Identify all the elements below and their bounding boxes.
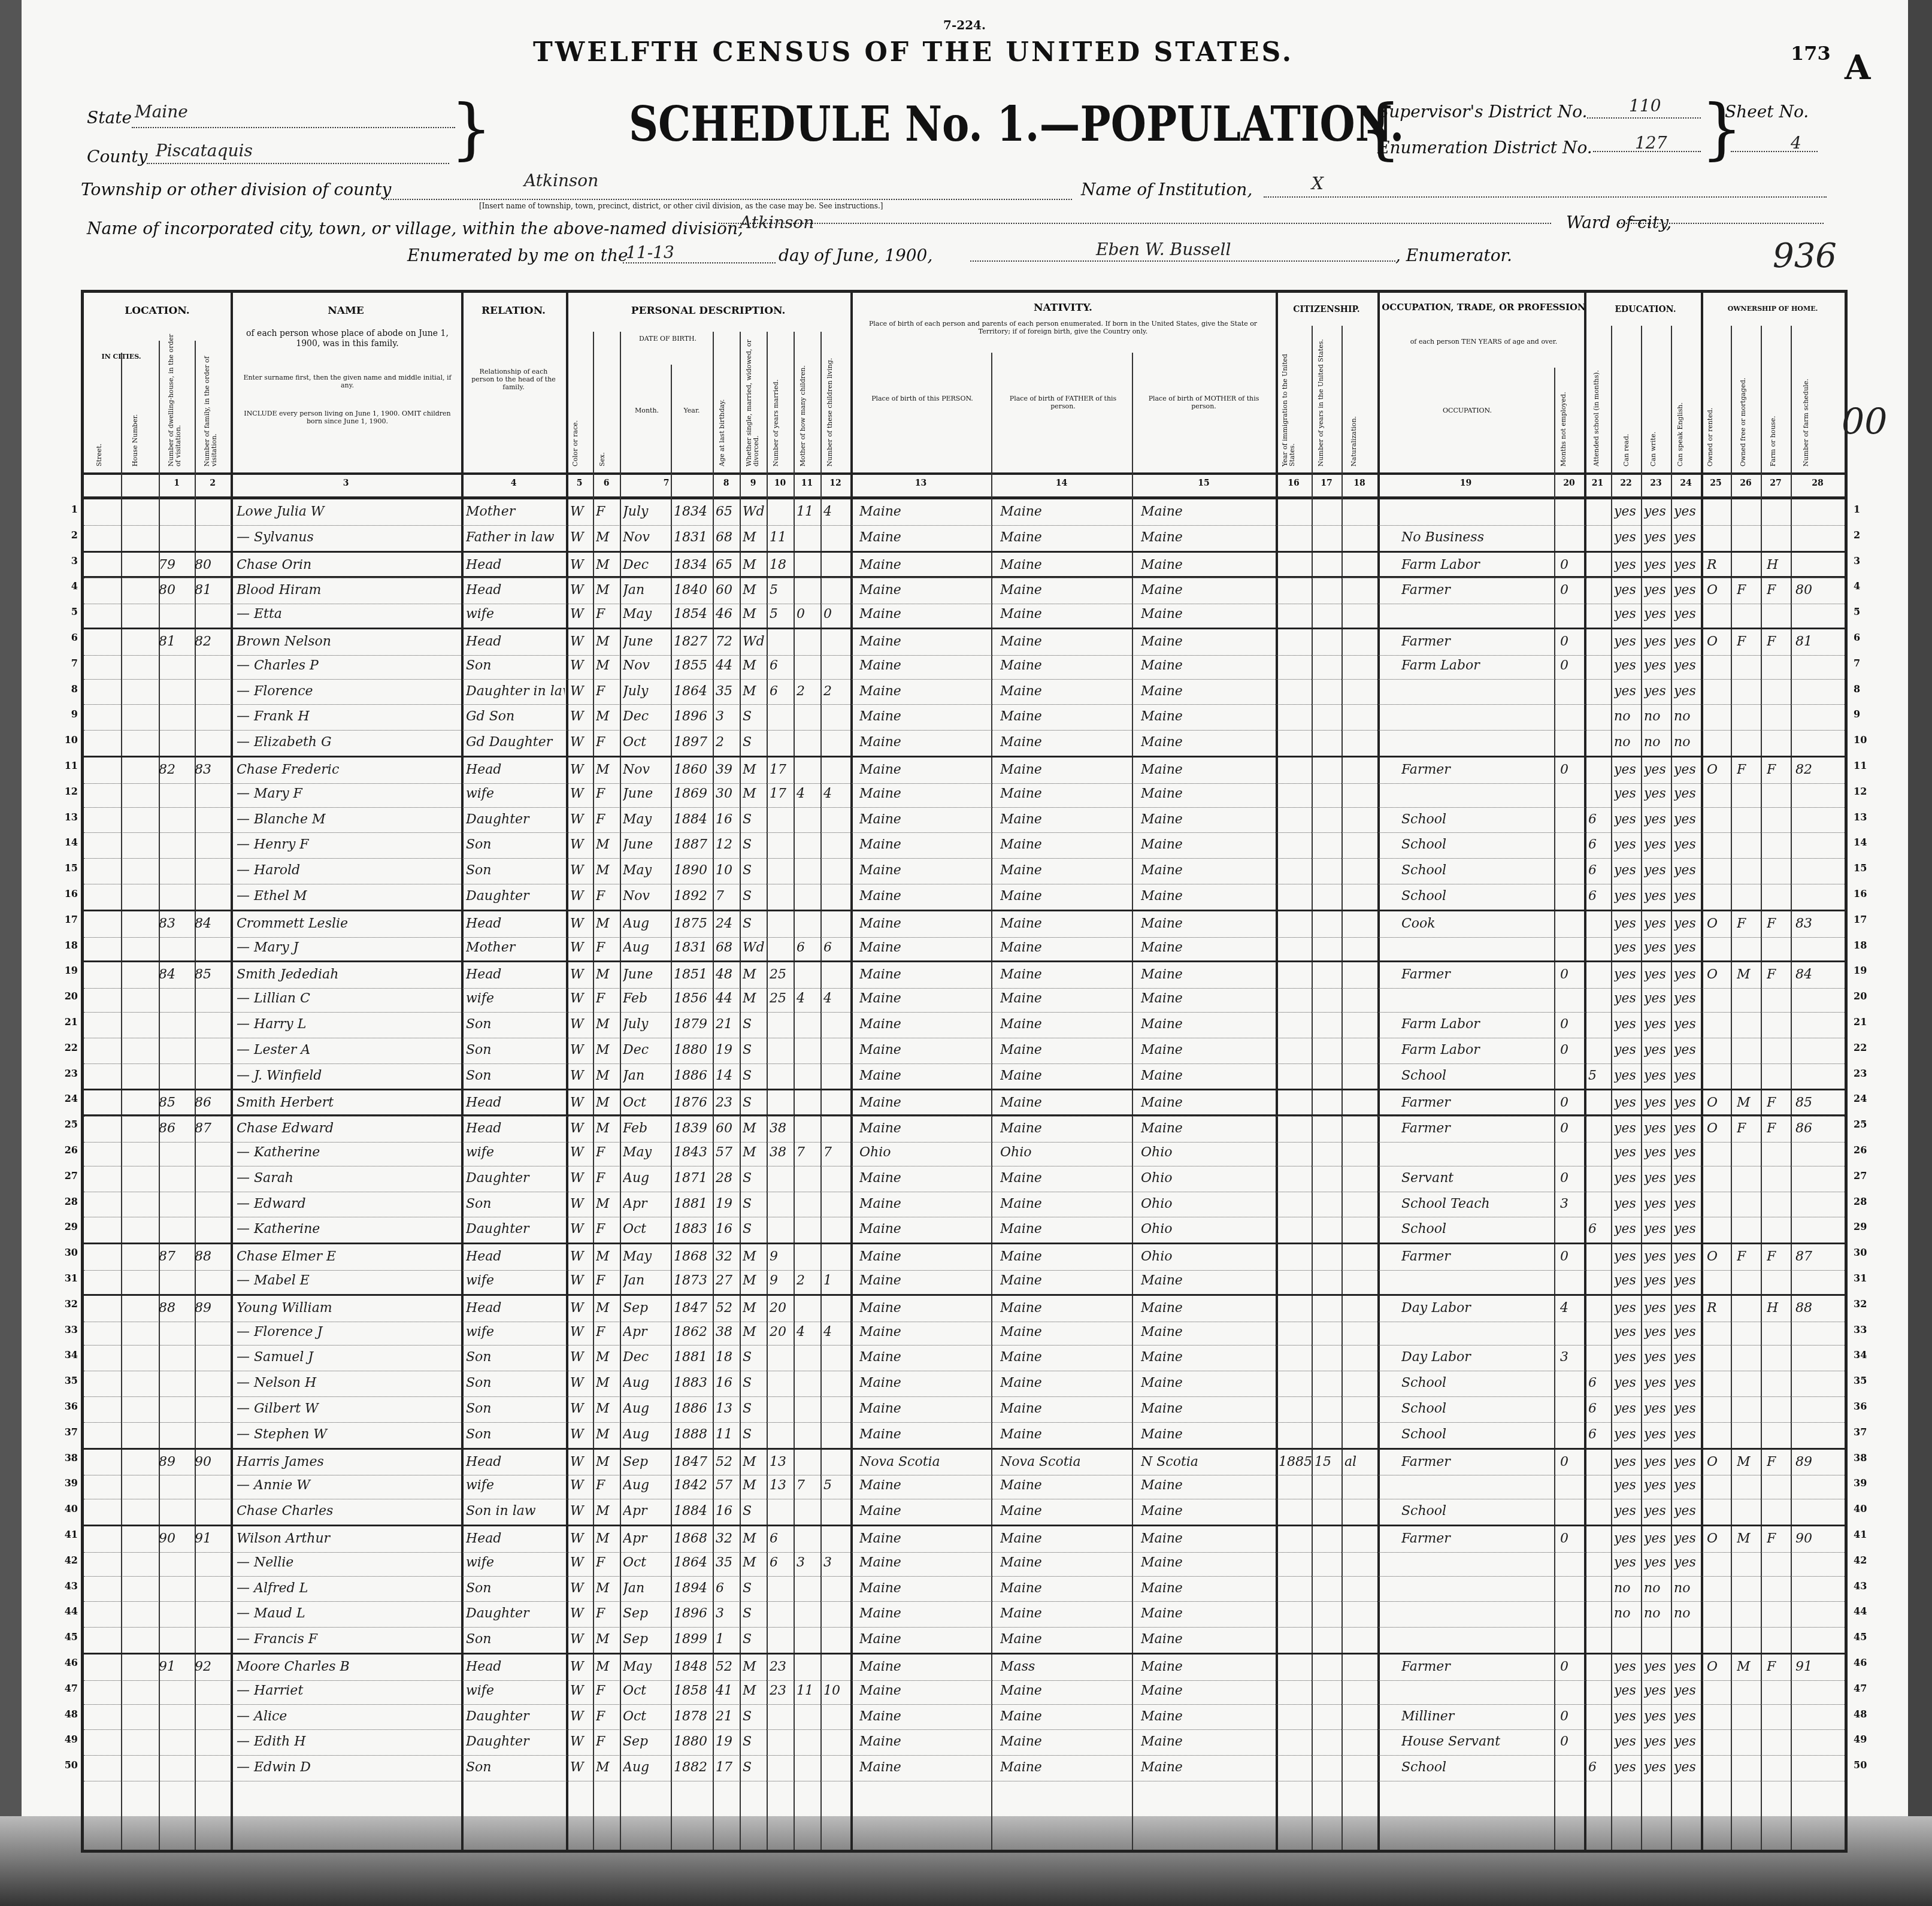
table-row: 8889Young WilliamHeadWMSep184752M20Maine…: [84, 1294, 1845, 1322]
mother-of-children-cell: 3: [797, 1555, 820, 1570]
occupation-cell: Farmer: [1401, 1249, 1551, 1264]
form-number: 7-224.: [943, 18, 986, 32]
birthplace-mother-cell: Maine: [1141, 1017, 1273, 1032]
birth-year-cell: 1868: [674, 1531, 712, 1546]
speak-english-cell: yes: [1674, 1455, 1701, 1469]
marital-status-cell: M: [743, 1659, 767, 1674]
birth-mother-header: Place of birth of MOTHER of this person.: [1138, 395, 1270, 410]
col-num: 1: [159, 478, 195, 488]
farm-schedule-number-cell: 88: [1795, 1301, 1843, 1316]
can-read-cell: yes: [1614, 658, 1641, 673]
sex-cell: F: [596, 735, 620, 750]
birth-year-cell: 1899: [674, 1632, 712, 1647]
table-row: 8081Blood HiramHeadWMJan184060M5MaineMai…: [84, 576, 1845, 604]
birthplace-mother-cell: Maine: [1141, 786, 1273, 801]
can-read-cell: yes: [1614, 1095, 1641, 1110]
age-cell: 35: [716, 1555, 740, 1570]
birth-year-cell: 1894: [674, 1581, 712, 1596]
row-number-left: 2: [60, 529, 78, 541]
attended-school-cell: 6: [1588, 1222, 1611, 1237]
vh-street: Street.: [96, 395, 103, 466]
birth-month-cell: Jan: [623, 583, 670, 598]
age-cell: 39: [716, 762, 740, 777]
months-unemployed-cell: 0: [1560, 1659, 1584, 1674]
birthplace-person-cell: Maine: [859, 684, 988, 699]
person-name-cell: — Florence: [237, 684, 461, 699]
birthplace-father-cell: Maine: [1000, 1325, 1129, 1340]
occupation-cell: Farmer: [1401, 1095, 1551, 1110]
table-row: 8788Chase Elmer EHeadWMMay186832M9MaineM…: [84, 1243, 1845, 1271]
row-number-right: 29: [1854, 1221, 1867, 1232]
can-write-cell: yes: [1644, 1068, 1671, 1083]
age-cell: 18: [716, 1350, 740, 1365]
row-number-left: 14: [60, 837, 78, 848]
person-name-cell: — Henry F: [237, 837, 461, 852]
vh-dwelling-number: Number of dwelling-house, in the order o…: [168, 329, 182, 466]
group-personal-description: PERSONAL DESCRIPTION.: [566, 305, 850, 317]
marital-status-cell: M: [743, 684, 767, 699]
table-row: — AliceDaughterWFOct187821SMaineMaineMai…: [84, 1704, 1845, 1731]
marital-status-cell: S: [743, 1760, 767, 1775]
can-write-cell: yes: [1644, 786, 1671, 801]
dwelling-number-cell: 81: [159, 634, 195, 649]
sex-cell: M: [596, 1760, 620, 1775]
birth-year-cell: 1896: [674, 709, 712, 724]
sex-cell: M: [596, 916, 620, 931]
birth-month-cell: Apr: [623, 1325, 670, 1340]
farm-house-cell: F: [1767, 1455, 1791, 1469]
can-read-cell: yes: [1614, 1249, 1641, 1264]
birth-year-cell: 1886: [674, 1401, 712, 1416]
sex-cell: M: [596, 1017, 620, 1032]
birth-year-cell: 1881: [674, 1350, 712, 1365]
attended-school-cell: 6: [1588, 1375, 1611, 1390]
can-read-cell: yes: [1614, 1709, 1641, 1724]
birthplace-person-cell: Maine: [859, 762, 988, 777]
person-name-cell: — Charles P: [237, 658, 461, 673]
sex-cell: M: [596, 530, 620, 545]
marital-status-cell: M: [743, 1145, 767, 1160]
birthplace-mother-cell: Maine: [1141, 658, 1273, 673]
birth-month-cell: June: [623, 634, 670, 649]
family-number-cell: 84: [195, 916, 231, 931]
relation-cell: Son: [466, 658, 565, 673]
person-name-cell: — Edward: [237, 1196, 461, 1211]
birthplace-father-cell: Maine: [1000, 1043, 1129, 1057]
can-write-cell: yes: [1644, 634, 1671, 649]
brace-left: }: [450, 96, 492, 162]
table-row: — HarrietwifeWFOct185841M231110MaineMain…: [84, 1678, 1845, 1705]
row-number-right: 36: [1854, 1401, 1867, 1412]
row-number-left: 28: [60, 1196, 78, 1207]
birthplace-person-cell: Maine: [859, 658, 988, 673]
person-name-cell: — Sylvanus: [237, 530, 461, 545]
row-number-left: 26: [60, 1144, 78, 1156]
sex-cell: M: [596, 709, 620, 724]
sex-cell: M: [596, 1095, 620, 1110]
occupation-cell: School: [1401, 1760, 1551, 1775]
farm-schedule-number-cell: 91: [1795, 1659, 1843, 1674]
color-race-cell: W: [570, 1068, 592, 1083]
years-married-cell: 6: [770, 1555, 794, 1570]
years-married-cell: 13: [770, 1478, 794, 1493]
can-write-cell: yes: [1644, 1683, 1671, 1698]
person-name-cell: — Harriet: [237, 1683, 461, 1698]
birthplace-person-cell: Maine: [859, 1043, 988, 1057]
person-name-cell: — Sarah: [237, 1171, 461, 1186]
col-num: 19: [1377, 478, 1554, 488]
vh-family-number: Number of family, in the order of visita…: [204, 329, 218, 466]
age-cell: 30: [716, 786, 740, 801]
can-write-cell: yes: [1644, 684, 1671, 699]
marital-status-cell: M: [743, 1683, 767, 1698]
row-number-left: 17: [60, 914, 78, 925]
group-occupation: OCCUPATION, TRADE, OR PROFESSION: [1377, 302, 1590, 313]
table-row: Lowe Julia WMotherWFJuly183465Wd114Maine…: [84, 499, 1845, 526]
speak-english-cell: yes: [1674, 1427, 1701, 1442]
age-cell: 3: [716, 1606, 740, 1621]
can-read-cell: yes: [1614, 1375, 1641, 1390]
occupation-cell: Farmer: [1401, 634, 1551, 649]
can-read-cell: yes: [1614, 1427, 1641, 1442]
can-read-cell: yes: [1614, 940, 1641, 955]
sex-cell: M: [596, 557, 620, 572]
age-cell: 17: [716, 1760, 740, 1775]
scan-edge-right: [1908, 0, 1932, 1906]
birthplace-person-cell: Maine: [859, 709, 988, 724]
can-write-cell: yes: [1644, 1249, 1671, 1264]
person-name-cell: — Gilbert W: [237, 1401, 461, 1416]
sex-cell: M: [596, 1301, 620, 1316]
can-read-cell: yes: [1614, 837, 1641, 852]
birth-year-cell: 1880: [674, 1043, 712, 1057]
can-write-cell: yes: [1644, 812, 1671, 827]
occupation-cell: Farmer: [1401, 1121, 1551, 1136]
table-row: 8182Brown NelsonHeadWMJune182772WdMaineM…: [84, 628, 1845, 656]
vh-owned-free: Owned free or mortgaged.: [1740, 329, 1747, 466]
person-name-cell: — Mary J: [237, 940, 461, 955]
color-race-cell: W: [570, 530, 592, 545]
birth-month-cell: May: [623, 1249, 670, 1264]
enumerator-line: [970, 260, 1395, 262]
can-read-cell: yes: [1614, 1350, 1641, 1365]
birthplace-father-cell: Maine: [1000, 1632, 1129, 1647]
relation-cell: Son: [466, 1017, 565, 1032]
occupation-cell: Farmer: [1401, 762, 1551, 777]
sex-cell: F: [596, 684, 620, 699]
color-race-cell: W: [570, 1222, 592, 1237]
birthplace-mother-cell: Maine: [1141, 916, 1273, 931]
birthplace-person-cell: Maine: [859, 1375, 988, 1390]
birthplace-mother-cell: Maine: [1141, 634, 1273, 649]
farm-schedule-number-cell: 87: [1795, 1249, 1843, 1264]
birth-year-cell: 1892: [674, 889, 712, 904]
sex-cell: F: [596, 1709, 620, 1724]
row-number-left: 48: [60, 1708, 78, 1720]
birthplace-person-cell: Maine: [859, 863, 988, 878]
birthplace-mother-cell: Maine: [1141, 504, 1273, 519]
birthplace-person-cell: Maine: [859, 1531, 988, 1546]
row-number-left: 29: [60, 1221, 78, 1232]
table-row: — Maud LDaughterWFSep18963SMaineMaineMai…: [84, 1601, 1845, 1628]
birthplace-person-cell: Maine: [859, 1760, 988, 1775]
color-race-cell: W: [570, 735, 592, 750]
person-name-cell: Chase Frederic: [237, 762, 461, 777]
dwelling-number-cell: 86: [159, 1121, 195, 1136]
birth-year-cell: 1868: [674, 1249, 712, 1264]
months-unemployed-cell: 0: [1560, 634, 1584, 649]
months-unemployed-cell: 0: [1560, 1043, 1584, 1057]
birthplace-mother-cell: Maine: [1141, 837, 1273, 852]
years-married-cell: 25: [770, 991, 794, 1006]
row-number-right: 1: [1854, 504, 1860, 515]
row-number-right: 38: [1854, 1452, 1867, 1463]
birthplace-mother-cell: Maine: [1141, 1401, 1273, 1416]
birthplace-person-cell: Maine: [859, 1196, 988, 1211]
relation-cell: Daughter: [466, 1606, 565, 1621]
age-cell: 60: [716, 583, 740, 598]
can-write-cell: yes: [1644, 530, 1671, 545]
age-cell: 13: [716, 1401, 740, 1416]
date-of-birth-header: DATE OF BIRTH.: [623, 335, 713, 343]
col-num: 16: [1276, 478, 1312, 488]
person-name-cell: Brown Nelson: [237, 634, 461, 649]
relation-cell: Son: [466, 1043, 565, 1057]
can-write-cell: yes: [1644, 967, 1671, 982]
institution-label: Name of Institution,: [1081, 180, 1252, 199]
color-race-cell: W: [570, 1659, 592, 1674]
row-number-right: 21: [1854, 1016, 1867, 1028]
birthplace-mother-cell: Maine: [1141, 812, 1273, 827]
stamp-number: 936: [1773, 237, 1837, 275]
age-cell: 57: [716, 1478, 740, 1493]
birthplace-father-cell: Maine: [1000, 1531, 1129, 1546]
birthplace-person-cell: Maine: [859, 1249, 988, 1264]
children-living-cell: 5: [823, 1478, 850, 1493]
birthplace-father-cell: Maine: [1000, 1375, 1129, 1390]
vh-can-read: Can read.: [1623, 377, 1630, 466]
speak-english-cell: no: [1674, 709, 1701, 724]
group-name: NAME: [231, 305, 461, 317]
row-number-right: 43: [1854, 1580, 1867, 1592]
row-number-left: 20: [60, 990, 78, 1002]
can-write-cell: yes: [1644, 504, 1671, 519]
schedule-title: SCHEDULE No. 1.—POPULATION.: [629, 96, 1404, 152]
can-write-cell: no: [1644, 1581, 1671, 1596]
birth-month-cell: Aug: [623, 940, 670, 955]
age-cell: 1: [716, 1632, 740, 1647]
birthplace-person-cell: Maine: [859, 504, 988, 519]
birth-month-cell: Aug: [623, 1427, 670, 1442]
person-name-cell: — Lester A: [237, 1043, 461, 1057]
speak-english-cell: yes: [1674, 762, 1701, 777]
birth-month-cell: May: [623, 812, 670, 827]
age-cell: 68: [716, 530, 740, 545]
attended-school-cell: 6: [1588, 1401, 1611, 1416]
can-read-cell: no: [1614, 709, 1641, 724]
color-race-cell: W: [570, 607, 592, 622]
dwelling-number-cell: 85: [159, 1095, 195, 1110]
owned-free-cell: F: [1737, 634, 1761, 649]
owned-rented-cell: O: [1707, 634, 1731, 649]
can-write-cell: yes: [1644, 940, 1671, 955]
row-number-left: 8: [60, 683, 78, 695]
birthplace-person-cell: Maine: [859, 1095, 988, 1110]
occupation-cell: Farm Labor: [1401, 1043, 1551, 1057]
birth-month-cell: Dec: [623, 1350, 670, 1365]
row-number-right: 20: [1854, 990, 1867, 1002]
sex-cell: M: [596, 1504, 620, 1519]
birth-year-cell: 1875: [674, 916, 712, 931]
birthplace-father-cell: Maine: [1000, 1760, 1129, 1775]
institution-value: X: [1312, 174, 1324, 193]
speak-english-cell: yes: [1674, 530, 1701, 545]
speak-english-cell: yes: [1674, 863, 1701, 878]
row-number-left: 50: [60, 1759, 78, 1771]
person-name-cell: — Frank H: [237, 709, 461, 724]
sex-cell: M: [596, 634, 620, 649]
table-row: Chase CharlesSon in lawWMApr188416SMaine…: [84, 1499, 1845, 1525]
can-read-cell: yes: [1614, 1659, 1641, 1674]
vh-house-number: House Number.: [132, 383, 139, 466]
vh-years-in-us: Number of years in the United States.: [1318, 329, 1325, 466]
years-married-cell: 17: [770, 762, 794, 777]
person-name-cell: — Florence J: [237, 1325, 461, 1340]
relation-cell: Gd Son: [466, 709, 565, 724]
birthplace-person-cell: Ohio: [859, 1145, 988, 1160]
speak-english-cell: yes: [1674, 684, 1701, 699]
person-name-cell: — Edith H: [237, 1734, 461, 1749]
row-number-right: 14: [1854, 837, 1867, 848]
enumerator-label: , Enumerator.: [1395, 246, 1512, 265]
can-write-cell: yes: [1644, 916, 1671, 931]
person-name-cell: Chase Orin: [237, 557, 461, 572]
birthplace-person-cell: Maine: [859, 735, 988, 750]
sex-cell: F: [596, 889, 620, 904]
age-cell: 65: [716, 557, 740, 572]
birthplace-mother-cell: Ohio: [1141, 1145, 1273, 1160]
birthplace-mother-cell: Ohio: [1141, 1222, 1273, 1237]
relation-cell: Son: [466, 1068, 565, 1083]
speak-english-cell: yes: [1674, 1043, 1701, 1057]
birth-month-cell: Sep: [623, 1301, 670, 1316]
col-num: 9: [740, 478, 767, 488]
birthplace-mother-cell: Maine: [1141, 863, 1273, 878]
can-read-cell: yes: [1614, 916, 1641, 931]
relation-cell: Daughter: [466, 1222, 565, 1237]
relation-cell: Daughter: [466, 889, 565, 904]
relation-cell: Head: [466, 762, 565, 777]
person-name-cell: — Nelson H: [237, 1375, 461, 1390]
children-living-cell: 4: [823, 786, 850, 801]
table-row: — Florence JwifeWFApr186238M2044MaineMai…: [84, 1320, 1845, 1346]
months-unemployed-cell: 3: [1560, 1350, 1584, 1365]
birthplace-father-cell: Maine: [1000, 530, 1129, 545]
birth-month-cell: Aug: [623, 1401, 670, 1416]
relation-cell: wife: [466, 1683, 565, 1698]
birth-month-cell: May: [623, 1145, 670, 1160]
birth-father-header: Place of birth of FATHER of this person.: [997, 395, 1129, 410]
marital-status-cell: S: [743, 837, 767, 852]
marital-status-cell: S: [743, 1632, 767, 1647]
person-name-cell: — Etta: [237, 607, 461, 622]
speak-english-cell: yes: [1674, 1734, 1701, 1749]
can-write-cell: yes: [1644, 1273, 1671, 1288]
birthplace-person-cell: Maine: [859, 583, 988, 598]
color-race-cell: W: [570, 837, 592, 852]
owned-rented-cell: R: [1707, 557, 1731, 572]
person-name-cell: Chase Elmer E: [237, 1249, 461, 1264]
row-number-left: 12: [60, 786, 78, 797]
sex-cell: M: [596, 967, 620, 982]
row-number-left: 49: [60, 1734, 78, 1745]
col-num: 21: [1584, 478, 1611, 488]
row-number-left: 40: [60, 1503, 78, 1514]
birth-month-cell: Aug: [623, 1171, 670, 1186]
attended-school-cell: 6: [1588, 837, 1611, 852]
relation-cell: wife: [466, 991, 565, 1006]
marital-status-cell: S: [743, 1350, 767, 1365]
row-number-right: 9: [1854, 708, 1860, 720]
can-read-cell: yes: [1614, 1068, 1641, 1083]
children-living-cell: 3: [823, 1555, 850, 1570]
age-cell: 46: [716, 607, 740, 622]
marital-status-cell: Wd: [743, 634, 767, 649]
person-name-cell: — Samuel J: [237, 1350, 461, 1365]
birth-year-cell: 1883: [674, 1375, 712, 1390]
family-number-cell: 85: [195, 967, 231, 982]
can-write-cell: yes: [1644, 557, 1671, 572]
row-number-left: 46: [60, 1657, 78, 1668]
color-race-cell: W: [570, 1325, 592, 1340]
birthplace-person-cell: Maine: [859, 1555, 988, 1570]
owned-free-cell: M: [1737, 1531, 1761, 1546]
table-row: — Elizabeth GGd DaughterWFOct18972SMaine…: [84, 730, 1845, 756]
years-married-cell: 18: [770, 557, 794, 572]
person-name-cell: Lowe Julia W: [237, 504, 461, 519]
group-location: LOCATION.: [84, 305, 231, 317]
relation-cell: Son: [466, 1401, 565, 1416]
can-read-cell: no: [1614, 1581, 1641, 1596]
color-race-cell: W: [570, 709, 592, 724]
sex-cell: F: [596, 1606, 620, 1621]
birthplace-mother-cell: Maine: [1141, 940, 1273, 955]
col-num: 27: [1761, 478, 1791, 488]
marital-status-cell: S: [743, 1222, 767, 1237]
marital-status-cell: S: [743, 863, 767, 878]
years-married-cell: 9: [770, 1249, 794, 1264]
color-race-cell: W: [570, 504, 592, 519]
can-read-cell: yes: [1614, 1734, 1641, 1749]
relation-cell: Son: [466, 1350, 565, 1365]
birthplace-mother-cell: Maine: [1141, 735, 1273, 750]
birthplace-mother-cell: Maine: [1141, 1350, 1273, 1365]
person-name-cell: — Edwin D: [237, 1760, 461, 1775]
birthplace-person-cell: Maine: [859, 1222, 988, 1237]
birth-year-cell: 1884: [674, 812, 712, 827]
farm-schedule-number-cell: 84: [1795, 967, 1843, 982]
sex-cell: M: [596, 1375, 620, 1390]
group-education: EDUCATION.: [1590, 305, 1701, 314]
table-row: — SylvanusFather in lawWMNov183168M11Mai…: [84, 525, 1845, 552]
row-number-right: 45: [1854, 1631, 1867, 1643]
age-cell: 72: [716, 634, 740, 649]
row-number-left: 32: [60, 1298, 78, 1310]
birth-year-cell: 1882: [674, 1760, 712, 1775]
table-row: — Alfred LSonWMJan18946SMaineMaineMainen…: [84, 1576, 1845, 1602]
occupation-cell: School: [1401, 1222, 1551, 1237]
can-read-cell: yes: [1614, 1325, 1641, 1340]
